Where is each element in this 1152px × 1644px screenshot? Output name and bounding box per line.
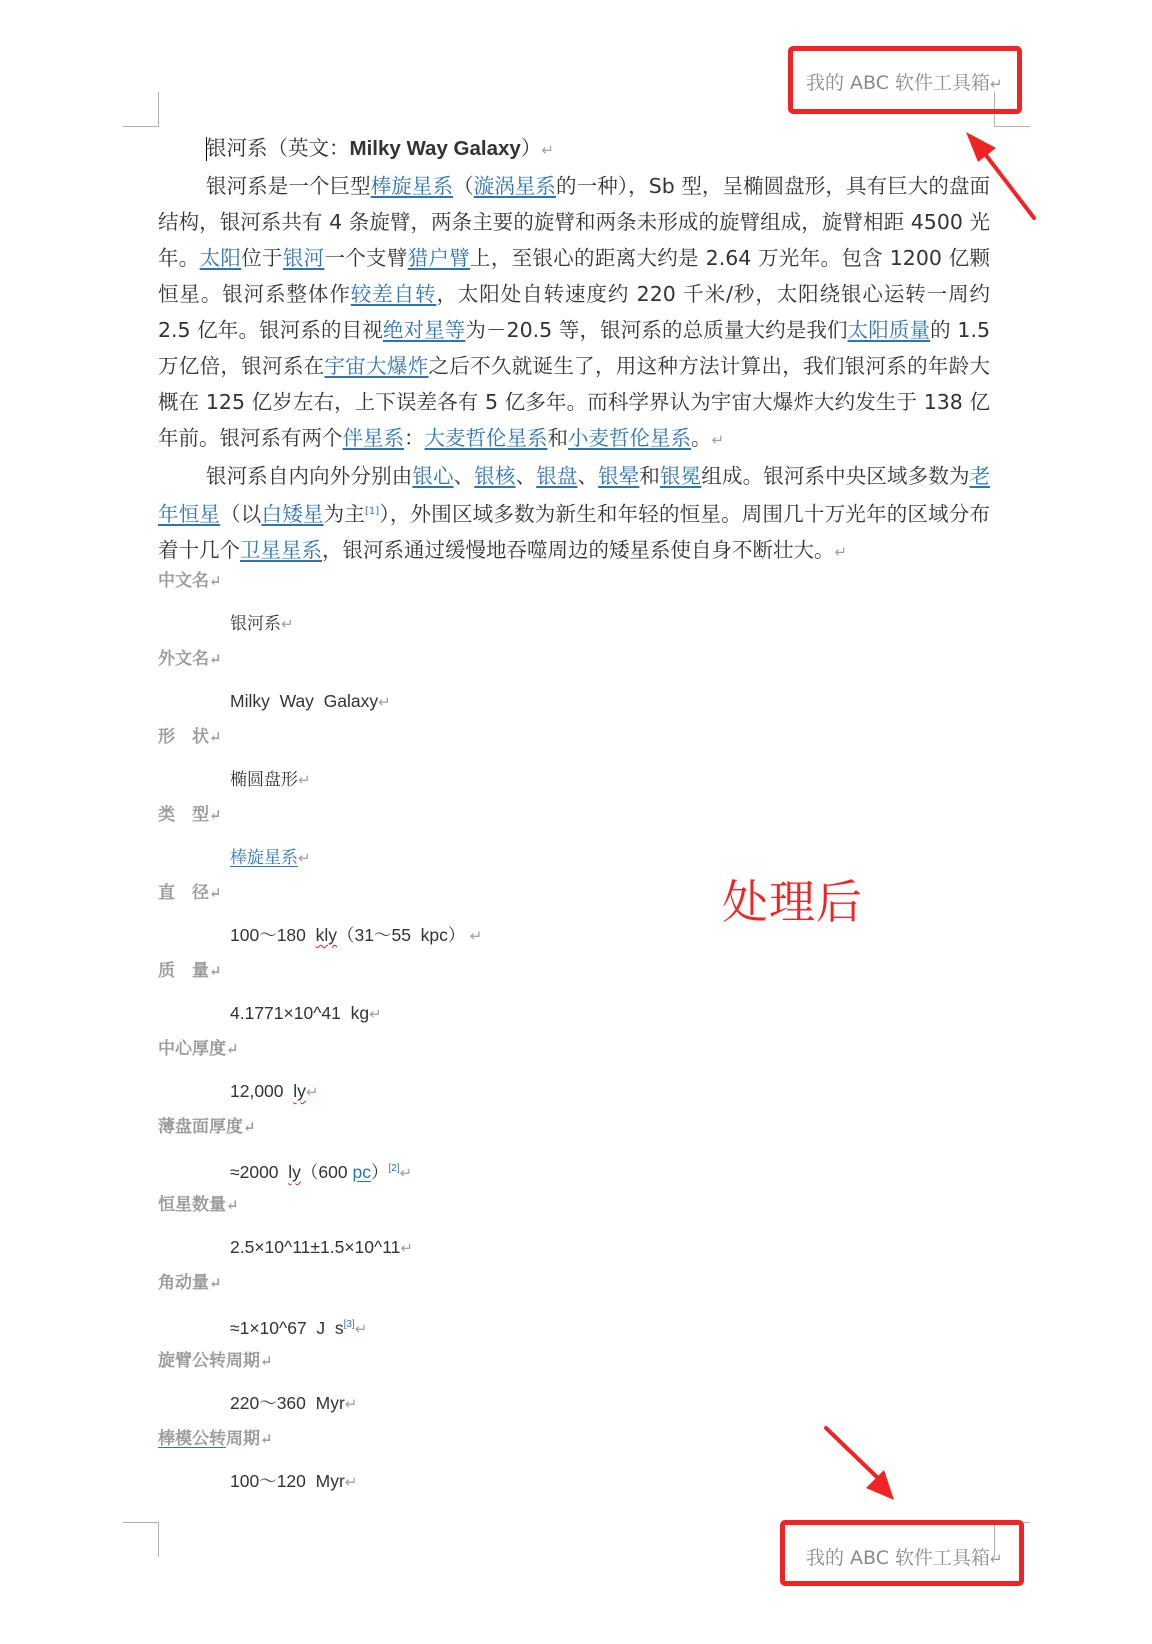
paragraph-intro: 银河系是一个巨型棒旋星系（漩涡星系的一种），Sb 型，呈椭圆盘形，具有巨大的盘面…: [158, 168, 990, 458]
info-value: 220～360 Myr↵: [158, 1385, 858, 1424]
link-differential-rotation[interactable]: 较差自转: [351, 282, 437, 306]
info-value: Milky Way Galaxy↵: [158, 683, 858, 722]
link-barred-spiral-type[interactable]: 棒旋星系: [230, 848, 298, 868]
info-label: 恒星数量↵: [158, 1190, 858, 1229]
link-solar-mass[interactable]: 太阳质量: [848, 318, 931, 342]
info-value: 100～180 kly（31～55 kpc） ↵: [158, 917, 858, 956]
text: 为－20.5 等，银河系的总质量大约是我们: [465, 318, 847, 342]
title-cn: 银河系（英文：: [206, 136, 350, 160]
info-value: ≈2000 ly（600 pc）[2]↵: [158, 1151, 858, 1190]
info-value: 棒旋星系↵: [158, 839, 858, 878]
text: （: [453, 174, 474, 198]
text-cursor: [206, 137, 207, 161]
text: （以: [220, 502, 261, 526]
text: ：: [404, 426, 425, 450]
paragraph-structure: 银河系自内向外分别由银心、银核、银盘、银晕和银冕组成。银河系中央区域多数为老年恒…: [158, 458, 990, 570]
reference-3[interactable]: [3]: [344, 1319, 355, 1330]
info-value: 椭圆盘形↵: [158, 761, 858, 800]
info-value: 12,000 ly↵: [158, 1073, 858, 1112]
text: 组成。银河系中央区域多数为: [701, 464, 969, 488]
link-bar-period[interactable]: 棒模公转: [158, 1429, 226, 1449]
info-label: 薄盘面厚度↵: [158, 1112, 858, 1151]
link-absolute-magnitude[interactable]: 绝对星等: [383, 318, 466, 342]
text: 银河系是一个巨型: [206, 174, 371, 198]
document-body[interactable]: 银河系（英文：Milky Way Galaxy）↵ 银河系是一个巨型棒旋星系（漩…: [158, 130, 990, 570]
text: 和: [548, 426, 569, 450]
annotation-box-header: [788, 46, 1022, 114]
crop-mark-bottom-left: [123, 1522, 159, 1557]
spellcheck-mark: kly: [316, 925, 337, 945]
link-galactic-nucleus[interactable]: 银核: [474, 464, 515, 488]
link-barred-spiral[interactable]: 棒旋星系: [371, 174, 453, 198]
link-milky-way[interactable]: 银河: [283, 246, 325, 270]
link-smc[interactable]: 小麦哲伦星系: [568, 426, 691, 450]
info-label: 外文名↵: [158, 644, 858, 683]
info-label: 棒模公转周期↵: [158, 1424, 858, 1463]
text: 为主: [324, 502, 365, 526]
info-value: ≈1×10^67 J s[3]↵: [158, 1307, 858, 1346]
reference-1[interactable]: [1]: [365, 506, 379, 517]
text: 一个支臂: [324, 246, 407, 270]
link-galactic-center[interactable]: 银心: [412, 464, 453, 488]
title-paragraph: 银河系（英文：Milky Way Galaxy）↵: [158, 130, 990, 168]
paragraph-mark-icon: ↵: [541, 141, 554, 159]
link-big-bang[interactable]: 宇宙大爆炸: [324, 354, 428, 378]
info-label: 质 量↵: [158, 956, 858, 995]
info-value: 银河系↵: [158, 605, 858, 644]
text: ，银河系通过缓慢地吞噬周边的矮星系使自身不断壮大。: [322, 538, 835, 562]
text: 、: [577, 464, 598, 488]
info-label: 角动量↵: [158, 1268, 858, 1307]
link-lmc[interactable]: 大麦哲伦星系: [425, 426, 548, 450]
link-sun[interactable]: 太阳: [200, 246, 242, 270]
link-satellite-galaxy[interactable]: 伴星系: [343, 426, 405, 450]
text: 、: [454, 464, 475, 488]
spellcheck-mark: ly: [288, 1162, 301, 1182]
info-label: 中文名↵: [158, 566, 858, 605]
title-en: Milky Way Galaxy: [350, 137, 521, 160]
crop-mark-top-left: [123, 92, 159, 127]
link-spiral-galaxy[interactable]: 漩涡星系: [474, 174, 556, 198]
text: 银河系自内向外分别由: [206, 464, 412, 488]
title-close: ）: [521, 136, 542, 160]
paragraph-mark-icon: ↵: [835, 543, 848, 561]
info-label: 旋臂公转周期↵: [158, 1346, 858, 1385]
info-value: 4.1771×10^41 kg↵: [158, 995, 858, 1034]
document-page: 我的 ABC 软件工具箱↵ 我的 ABC 软件工具箱↵ 处理后 银河系（英文：M…: [0, 0, 1152, 1644]
text: 位于: [241, 246, 283, 270]
spellcheck-mark: ly: [293, 1081, 306, 1101]
reference-2[interactable]: [2]: [388, 1163, 399, 1174]
link-galactic-halo[interactable]: 银晕: [598, 464, 639, 488]
text: 、: [516, 464, 537, 488]
info-label: 形 状↵: [158, 722, 858, 761]
text: 和: [639, 464, 660, 488]
infobox-list: 中文名↵ 银河系↵ 外文名↵ Milky Way Galaxy↵ 形 状↵ 椭圆…: [158, 566, 858, 1502]
link-orion-arm[interactable]: 猎户臂: [408, 246, 470, 270]
info-label: 中心厚度↵: [158, 1034, 858, 1073]
info-value: 2.5×10^11±1.5×10^11↵: [158, 1229, 858, 1268]
link-galactic-disk[interactable]: 银盘: [536, 464, 577, 488]
info-label: 类 型↵: [158, 800, 858, 839]
annotation-box-footer: [780, 1520, 1024, 1586]
link-galactic-corona[interactable]: 银冕: [660, 464, 701, 488]
link-parsec[interactable]: pc: [352, 1162, 370, 1182]
paragraph-mark-icon: ↵: [712, 431, 725, 449]
link-white-dwarf[interactable]: 白矮星: [262, 502, 324, 526]
info-label: 直 径↵: [158, 878, 858, 917]
info-value: 100～120 Myr↵: [158, 1463, 858, 1502]
link-satellite-galaxies[interactable]: 卫星星系: [240, 538, 322, 562]
text: 。: [691, 426, 712, 450]
